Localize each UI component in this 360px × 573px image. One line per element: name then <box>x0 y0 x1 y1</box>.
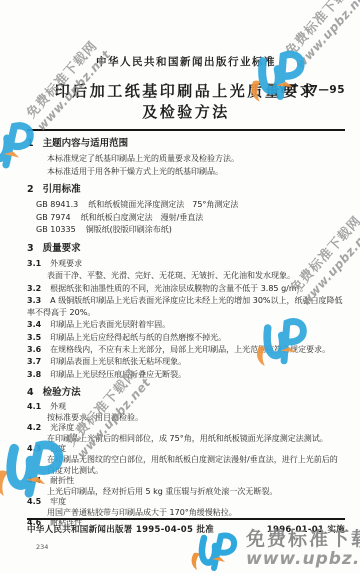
paragraph: 本标准规定了纸基印刷品上光的质量要求及检验方法。 <box>47 153 345 166</box>
section-heading: 2引用标准 <box>27 183 345 196</box>
page-number: 234 <box>36 543 48 551</box>
reference-title: 纸和纸板镜面光泽度测定法 <box>88 200 184 209</box>
header-divider <box>27 129 345 131</box>
clause: 4.3白度 <box>27 444 345 455</box>
clause-content: 上光后印刷品，经对折后用 5 kg 重压辊与折痕处滚一次无断裂。 <box>47 487 345 498</box>
clause-text: 根据纸张和油墨性质的不同，光油涂层成膜物的含量不低于 3.85 g/m²。 <box>50 284 308 293</box>
clause-number: 3.2 <box>27 284 41 293</box>
clause: 4.5牢度 <box>27 497 345 508</box>
section-title: 检验方法 <box>43 387 81 398</box>
clause-number: 3.6 <box>27 345 41 354</box>
reference-code: GB 8941.3 <box>36 200 78 209</box>
clause-number: 3.8 <box>27 370 41 379</box>
section-title: 质量要求 <box>43 243 81 254</box>
section-references: 2引用标准 GB 8941.3纸和纸板镜面光泽度测定法75°角测定法 GB 79… <box>27 183 345 237</box>
clause: 3.2根据纸张和油墨性质的不同，光油涂层成膜物的含量不低于 3.85 g/m²。 <box>27 283 345 295</box>
clause-title: 外观要求 <box>50 259 82 268</box>
clause-number: 4.1 <box>27 402 41 411</box>
reference-code: GB 10335 <box>36 225 76 234</box>
up-logo-icon <box>0 112 36 172</box>
clause-content: 用国产普通粘胶带与印刷品成大于 170°角缓慢粘拉。 <box>47 508 345 519</box>
paragraph: 本标准适用于用各种干燥方式上光的纸基印刷品。 <box>47 166 345 179</box>
section-scope: 1主题内容与适用范围 本标准规定了纸基印刷品上光的质量要求及检验方法。 本标准适… <box>27 137 345 178</box>
clause-content: 按标准要求，用目测检验。 <box>47 413 345 424</box>
reference-title: 铜版纸(胶版印刷涂布纸) <box>86 225 172 234</box>
watermark-site-name: 免费标准下载网 <box>246 529 360 550</box>
reference-code: GB 7974 <box>36 213 71 222</box>
clause: 3.8印刷品上光层经压痕后折叠应无断裂。 <box>27 369 345 381</box>
clause-text: 印刷品上光层经压痕后折叠应无断裂。 <box>50 370 186 379</box>
clause-number: 3.1 <box>27 259 41 268</box>
clause-content: 在印刷品无图纹的空白部位，用纸和纸板白度测定法漫射/垂直法，进行上光前后的白度对… <box>47 455 345 476</box>
clause-number: 3.3 <box>27 296 41 305</box>
clause-content: 在印刷品上光前后的相同部位，成 75°角，用纸和纸板镜面光泽度测定法测试。 <box>47 434 345 445</box>
reference-item: GB 8941.3纸和纸板镜面光泽度测定法75°角测定法 <box>36 199 345 212</box>
section-heading: 3质量要求 <box>27 242 345 255</box>
clause: 4.1外观 <box>27 402 345 413</box>
clause: 4.4耐折性 <box>27 476 345 487</box>
clause-title: 外观 <box>50 402 66 411</box>
section-number: 4 <box>27 387 34 398</box>
clause: 3.1外观要求 <box>27 258 345 270</box>
clause-number: 3.4 <box>27 320 41 329</box>
up-logo-icon <box>186 524 242 573</box>
reference-method: 漫射/垂直法 <box>161 213 204 222</box>
reference-item: GB 10335铜版纸(胶版印刷涂布纸) <box>36 224 345 237</box>
reference-title: 纸和纸板白度测定法 <box>81 213 153 222</box>
section-title: 引用标准 <box>43 184 81 195</box>
up-logo-icon <box>242 38 312 108</box>
document-title-line2: 及检验方法 <box>27 102 345 123</box>
up-logo-icon <box>248 306 314 372</box>
clause-number: 3.7 <box>27 357 41 366</box>
reference-item: GB 7974纸和纸板白度测定法漫射/垂直法 <box>36 212 345 225</box>
section-number: 3 <box>27 243 34 254</box>
clause-text: 印刷品上光后应经得起纸与纸的自然磨擦不掉光。 <box>50 333 226 342</box>
section-heading: 4检验方法 <box>27 386 345 399</box>
section-test-methods: 4检验方法 4.1外观 按标准要求，用目测检验。 4.2光泽度 在印刷品上光前后… <box>27 386 345 529</box>
watermark-bottom-right: 免费标准下载网 www.upbz.net <box>186 524 360 573</box>
reference-method: 75°角测定法 <box>192 200 238 209</box>
scanned-standard-page: 免费标准下载网 www.upbz.net 免费标准下载网 www.upbz.ne… <box>0 0 360 573</box>
section-title: 主题内容与适用范围 <box>43 138 129 149</box>
clause-content: 表面干净、平整、光滑、完好、无花斑、无皱折、无化油和发水现象。 <box>47 270 345 282</box>
clause-text: 印刷品上光后表面光层附着牢固。 <box>50 320 170 329</box>
clause-text: 印刷品表面上光层和纸张无粘坏现象。 <box>50 357 186 366</box>
up-logo-icon <box>0 428 66 502</box>
section-number: 2 <box>27 184 34 195</box>
watermark-site-url: www.upbz.net <box>246 550 360 569</box>
clause: 4.2光泽度 <box>27 423 345 434</box>
document-body: 中华人民共和国新闻出版行业标准 印后加工纸基印刷品上光质量要求 及检验方法 CY… <box>27 56 345 534</box>
section-heading: 1主题内容与适用范围 <box>27 137 345 150</box>
clause-number: 3.5 <box>27 333 41 342</box>
